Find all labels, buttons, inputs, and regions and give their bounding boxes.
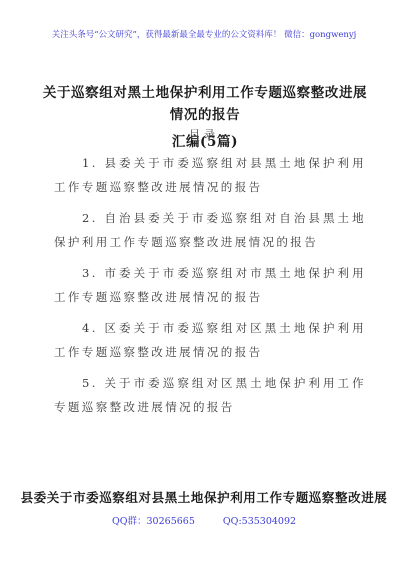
document-title-line1: 关于巡察组对黑土地保护利用工作专题巡察整改进展情况的报告 <box>43 85 367 123</box>
qq-text: QQ:535304092 <box>223 516 296 527</box>
toc-item-3[interactable]: 3. 市委关于市委巡察组对市黑土地保护利用工作专题巡察整改进展情况的报告 <box>54 261 366 309</box>
toc-item-2[interactable]: 2. 自治县委关于市委巡察组对自治县黑土地保护利用工作专题巡察整改进展情况的报告 <box>54 206 366 254</box>
toc-item-1[interactable]: 1. 县委关于市委巡察组对县黑土地保护利用工作专题巡察整改进展情况的报告 <box>54 151 366 199</box>
document-page: 关注头条号“公文研究”，获得最新最全最专业的公文资料库！ 微信：gongweny… <box>0 0 408 580</box>
section-title: 县委关于市委巡察组对县黑土地保护利用工作专题巡察整改进展 <box>0 488 408 506</box>
table-of-contents: 1. 县委关于市委巡察组对县黑土地保护利用工作专题巡察整改进展情况的报告 2. … <box>54 151 366 426</box>
toc-heading: 目录 <box>0 126 408 142</box>
toc-item-5[interactable]: 5. 关于市委巡察组对区黑土地保护利用工作专题巡察整改进展情况的报告 <box>54 371 366 419</box>
document-title: 关于巡察组对黑土地保护利用工作专题巡察整改进展情况的报告 汇编(5篇) <box>40 82 370 153</box>
contact-footer: QQ群：30265665QQ:535304092 <box>0 513 408 527</box>
qq-group-text: QQ群：30265665 <box>112 516 195 527</box>
promo-header: 关注头条号“公文研究”，获得最新最全最专业的公文资料库！ 微信：gongweny… <box>0 28 408 40</box>
toc-item-4[interactable]: 4. 区委关于市委巡察组对区黑土地保护利用工作专题巡察整改进展情况的报告 <box>54 316 366 364</box>
